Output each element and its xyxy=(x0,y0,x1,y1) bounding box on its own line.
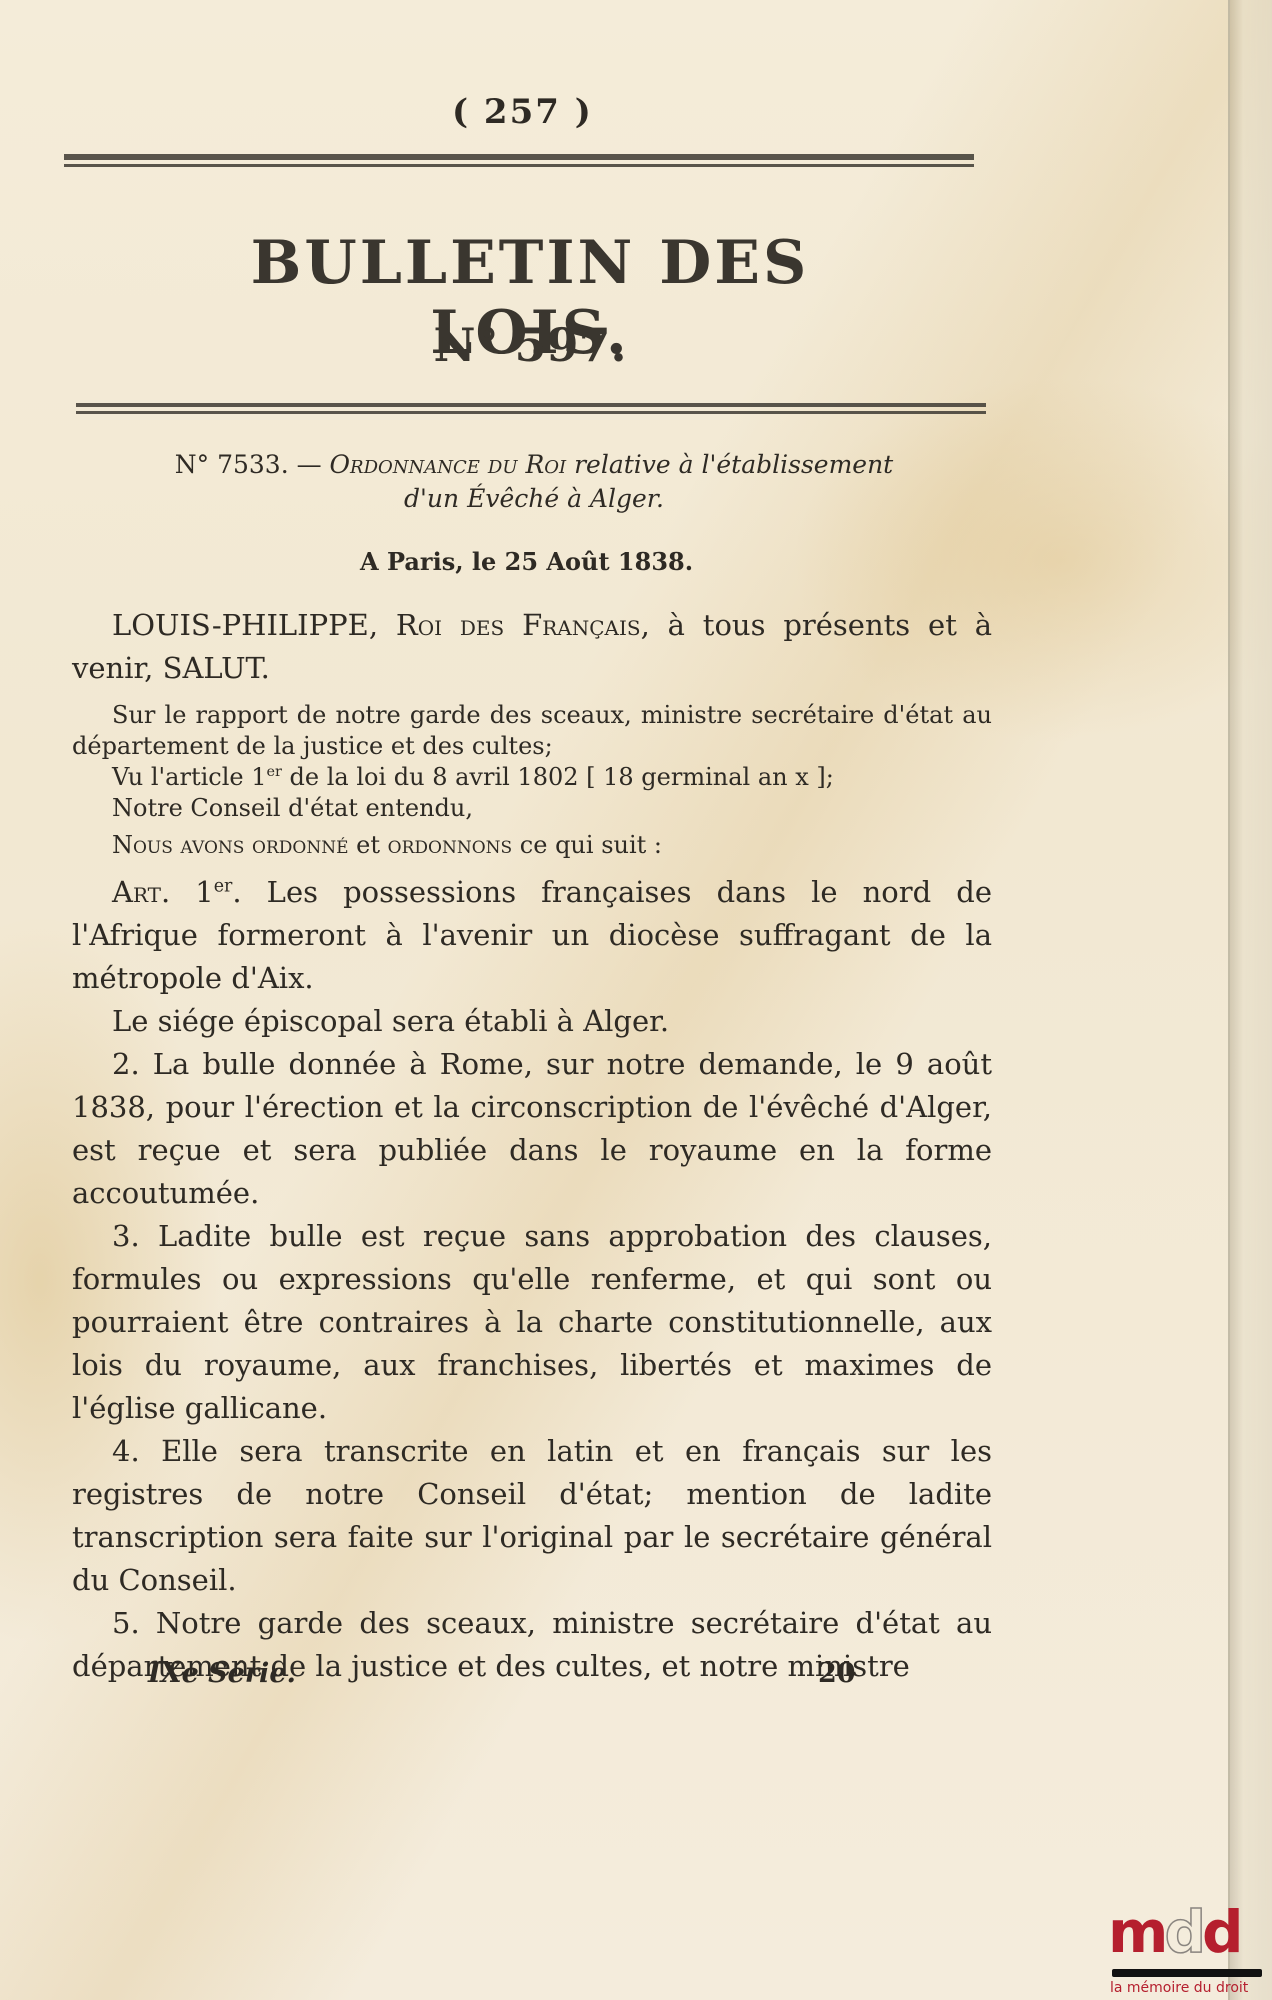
article-label-sup: er xyxy=(214,876,233,896)
article-label: 4. xyxy=(112,1434,140,1468)
article-1: Art. 1er. Les possessions françaises dan… xyxy=(72,871,992,1000)
signature-mark: 20 xyxy=(818,1658,856,1689)
enacting-d: ce qui suit : xyxy=(520,831,662,859)
logo-letter-d-outline: d xyxy=(1164,1898,1202,1966)
enacting-a: Nous avons ordonné xyxy=(112,831,349,859)
enacting-b: et xyxy=(356,831,380,859)
vu-sup: er xyxy=(266,764,281,780)
salut: SALUT. xyxy=(163,651,270,685)
logo-letter-m: m xyxy=(1108,1898,1164,1966)
article-1-paragraph-2: Le siége épiscopal sera établi à Alger. xyxy=(72,1000,992,1043)
considerant-vu: Vu l'article 1er de la loi du 8 avril 18… xyxy=(72,762,992,793)
ordonnance-number: N° 7533. — xyxy=(175,450,322,479)
article-text: Ladite bulle est reçue sans approbation … xyxy=(72,1219,992,1425)
considerant-rapport: Sur le rapport de notre garde des sceaux… xyxy=(72,700,992,762)
king-name: LOUIS-PHILIPPE, xyxy=(112,608,378,642)
article-label: 5. xyxy=(112,1606,140,1640)
article-label: 3. xyxy=(112,1219,140,1253)
mdd-logo: mdd la mémoire du droit xyxy=(1108,1900,1268,2000)
article-text: Elle sera transcrite en latin et en fran… xyxy=(72,1434,992,1597)
article-text: La bulle donnée à Rome, sur notre demand… xyxy=(72,1047,992,1210)
series-label: IXe Série. xyxy=(148,1658,296,1689)
considerants: Sur le rapport de notre garde des sceaux… xyxy=(72,700,992,861)
mdd-logo-icon: mdd xyxy=(1108,1900,1240,1964)
ordonnance-heading: N° 7533. — Ordonnance du Roi relative à … xyxy=(84,448,984,516)
article-label: Art. 1 xyxy=(112,875,214,909)
ordonnance-title-line2: d'un Évêché à Alger. xyxy=(404,484,664,513)
article-label: 2. xyxy=(112,1047,140,1081)
document-body: LOUIS-PHILIPPE, Roi des Français, à tous… xyxy=(72,604,992,1688)
page-number: ( 257 ) xyxy=(452,92,593,132)
article-2: 2. La bulle donnée à Rome, sur notre dem… xyxy=(72,1043,992,1215)
ordonnance-title-b: Roi xyxy=(525,450,566,479)
logo-tagline: la mémoire du droit xyxy=(1110,1980,1248,1996)
logo-letter-d: d xyxy=(1202,1898,1240,1966)
issue-number: N° 597. xyxy=(300,318,760,372)
logo-bar xyxy=(1112,1969,1262,1977)
ordonnance-date: A Paris, le 25 Août 1838. xyxy=(360,547,693,576)
enacting-clause: Nous avons ordonné et ordonnons ce qui s… xyxy=(72,830,992,861)
vu-rest: de la loi du 8 avril 1802 [ 18 germinal … xyxy=(282,763,834,791)
article-4: 4. Elle sera transcrite en latin et en f… xyxy=(72,1430,992,1602)
considerant-conseil: Notre Conseil d'état entendu, xyxy=(72,793,992,824)
enacting-c: ordonnons xyxy=(388,831,513,859)
vu-text: Vu l'article 1 xyxy=(112,763,266,791)
article-3: 3. Ladite bulle est reçue sans approbati… xyxy=(72,1215,992,1430)
king-title: Roi des Français, xyxy=(396,608,650,642)
page-edge xyxy=(1228,0,1272,2000)
ordonnance-title-a: Ordonnance du xyxy=(330,450,518,479)
ordonnance-title-c: relative à l'établissement xyxy=(574,450,893,479)
preamble-salutation: LOUIS-PHILIPPE, Roi des Français, à tous… xyxy=(72,604,992,690)
